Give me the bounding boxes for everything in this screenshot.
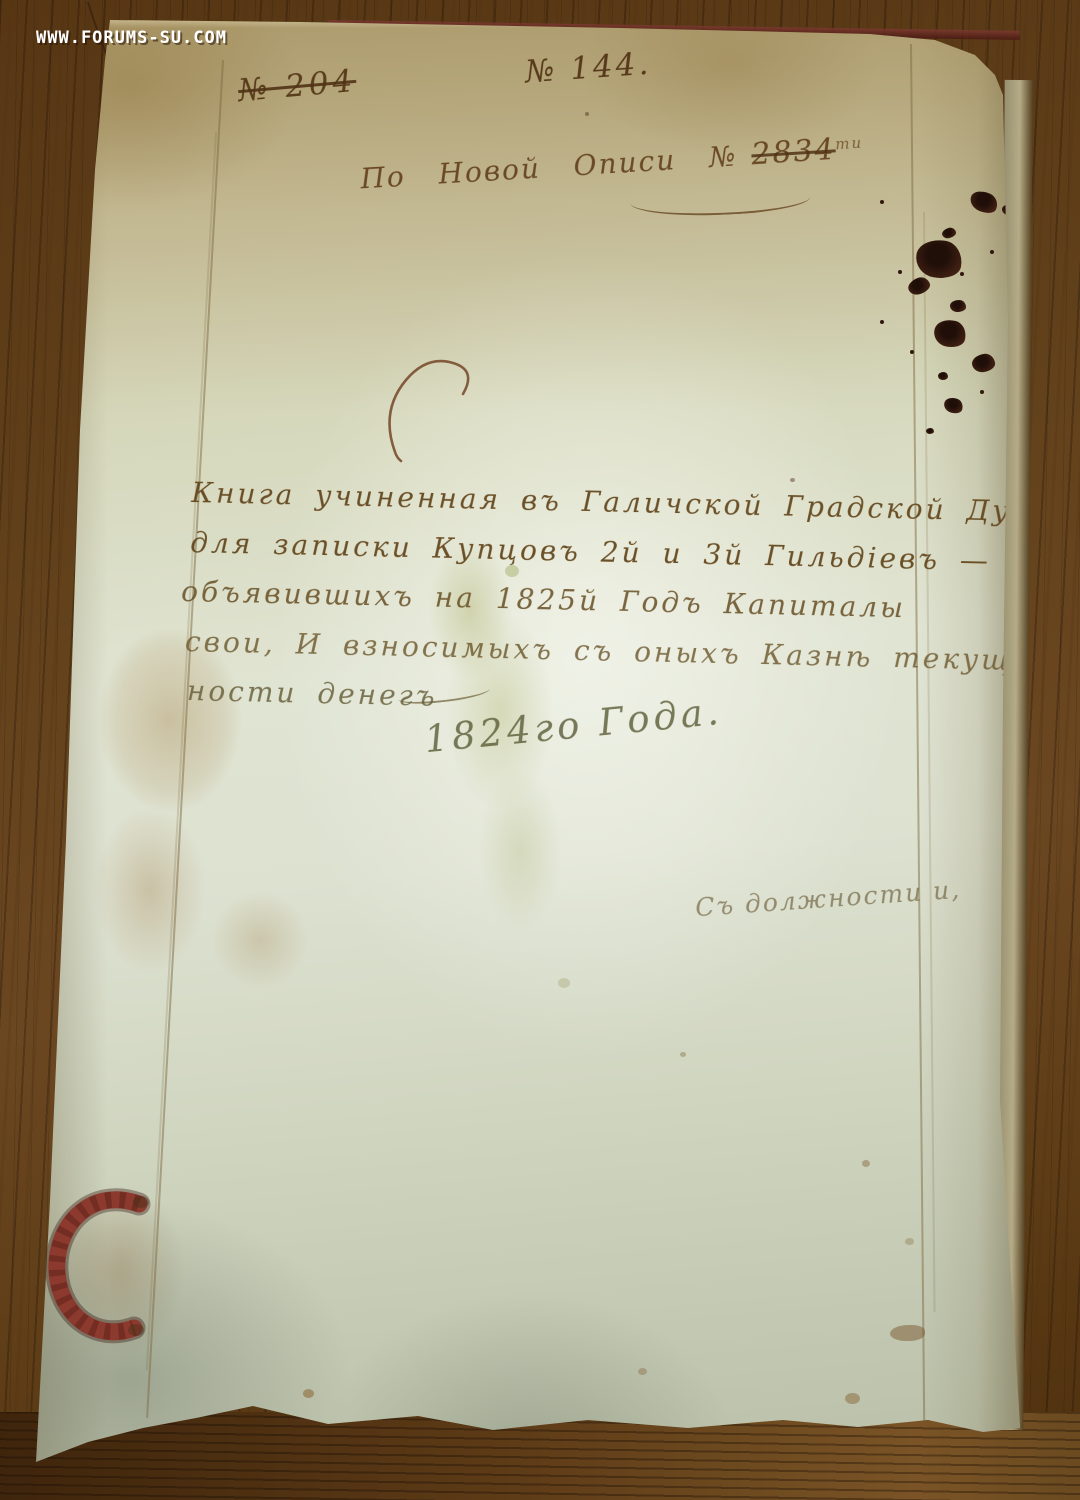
wood-table-bottom bbox=[0, 1412, 1080, 1500]
bottom-note: Съ должности и, bbox=[694, 875, 962, 923]
title-text: Книга учиненная въ Галичской Градской Ду… bbox=[186, 468, 971, 733]
inventory-number-struck: 2834 bbox=[750, 132, 836, 172]
photo-scene: № 204 № 144. По Новой Описи №2834ти 1. К… bbox=[0, 0, 1080, 1500]
new-document-number: № 144. bbox=[524, 46, 652, 91]
inventory-underline-flourish bbox=[629, 180, 810, 219]
inventory-suffix: ти bbox=[835, 133, 864, 153]
old-document-number-struck: № 204 bbox=[237, 63, 358, 109]
binding-cord-icon bbox=[44, 1180, 164, 1360]
watermark-text: WWW.FORUMS-SU.COM bbox=[36, 28, 227, 48]
page-number: 1. bbox=[984, 38, 1000, 58]
manuscript-page: № 204 № 144. По Новой Описи №2834ти 1. К… bbox=[28, 12, 1028, 1467]
paraph-flourish-icon bbox=[375, 356, 495, 471]
